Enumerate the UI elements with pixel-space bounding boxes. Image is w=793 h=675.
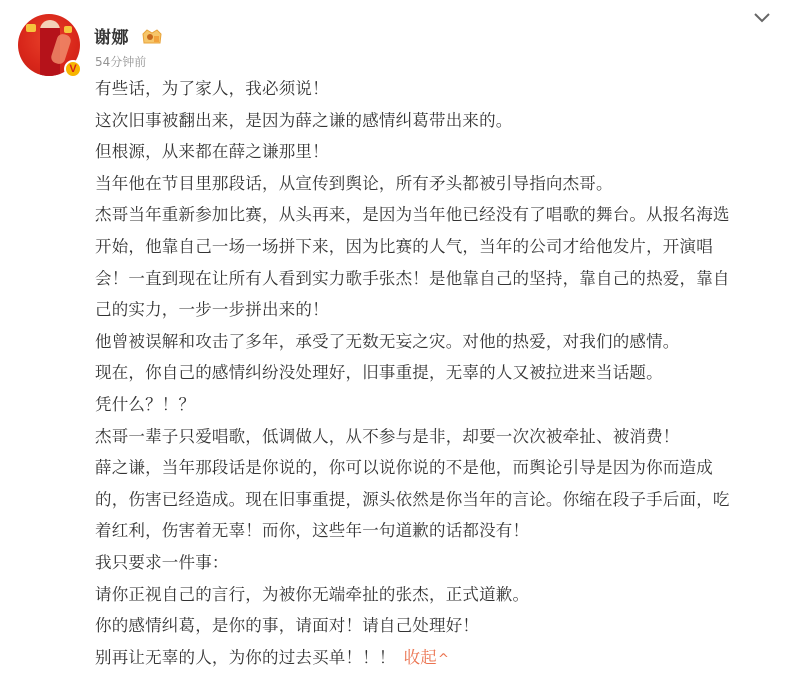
post-content: 有些话，为了家人，我必须说！ 这次旧事被翻出来，是因为薛之谦的感情纠葛带出来的。… [95, 73, 775, 675]
avatar-decoration [64, 26, 72, 33]
post-line: 我只要求一件事： [95, 547, 775, 579]
collapse-link[interactable]: 收起^ [404, 648, 450, 667]
post-line: 凭什么？！？ [95, 389, 775, 421]
post-line: 当年他在节目里那段话，从宣传到舆论，所有矛头都被引导指向杰哥。 [95, 168, 775, 200]
verified-badge-icon: V [64, 60, 82, 78]
post-line: 有些话，为了家人，我必须说！ [95, 73, 775, 105]
weibo-post: V 谢娜 54分钟前 有些话，为了家人，我必须说！ 这次旧事被翻出来，是因为薛之… [0, 0, 793, 675]
post-timestamp[interactable]: 54分钟前 [95, 53, 146, 70]
post-line: 会！一直到现在让所有人看到实力歌手张杰！是他靠自己的坚持，靠自己的热爱，靠自 [95, 263, 775, 295]
post-line: 现在，你自己的感情纠纷没处理好，旧事重提，无辜的人又被拉进来当话题。 [95, 357, 775, 389]
post-line-text: 别再让无辜的人，为你的过去买单！！！ [95, 648, 396, 667]
author-name[interactable]: 谢娜 [94, 23, 129, 48]
post-line-last: 别再让无辜的人，为你的过去买单！！！收起^ [95, 642, 775, 675]
post-line: 这次旧事被翻出来，是因为薛之谦的感情纠葛带出来的。 [95, 105, 775, 137]
post-line: 你的感情纠葛，是你的事，请面对！请自己处理好！ [95, 610, 775, 642]
post-line: 他曾被误解和攻击了多年，承受了无数无妄之灾。对他的热爱，对我们的感情。 [95, 326, 775, 358]
post-line: 薛之谦，当年那段话是你说的，你可以说你说的不是他，而舆论引导是因为你而造成 [95, 452, 775, 484]
chevron-down-icon[interactable] [750, 8, 774, 28]
post-line: 着红利，伤害着无辜！而你，这些年一句道歉的话都没有！ [95, 515, 775, 547]
post-line: 己的实力，一步一步拼出来的！ [95, 294, 775, 326]
vip-crown-icon[interactable] [141, 27, 163, 45]
post-line: 杰哥一辈子只爱唱歌，低调做人，从不参与是非，却要一次次被牵扯、被消费！ [95, 421, 775, 453]
avatar-decoration [26, 24, 36, 32]
collapse-label: 收起 [404, 648, 437, 667]
post-line: 但根源，从来都在薛之谦那里！ [95, 136, 775, 168]
post-line: 的，伤害已经造成。现在旧事重提，源头依然是你当年的言论。你缩在段子手后面，吃 [95, 484, 775, 516]
post-line: 请你正视自己的言行，为被你无端牵扯的张杰，正式道歉。 [95, 579, 775, 611]
chevron-up-icon: ^ [438, 652, 449, 667]
post-line: 杰哥当年重新参加比赛，从头再来，是因为当年他已经没有了唱歌的舞台。从报名海选 [95, 199, 775, 231]
post-line: 开始，他靠自己一场一场拼下来，因为比赛的人气，当年的公司才给他发片，开演唱 [95, 231, 775, 263]
